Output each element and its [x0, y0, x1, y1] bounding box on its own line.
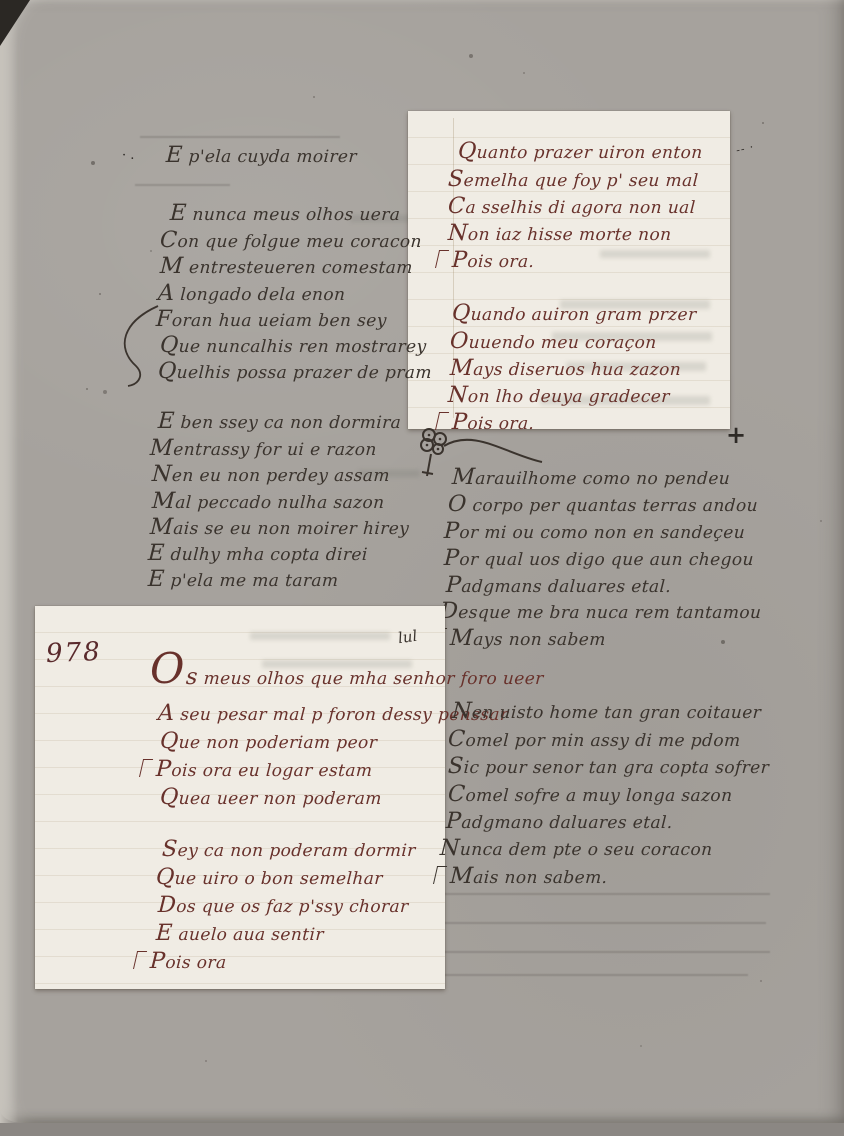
refrain-line: Pois ora eu logar estam — [155, 756, 373, 782]
verse-line: Mentrassy for ui e razon — [149, 435, 377, 461]
faint-rule — [135, 184, 230, 186]
verse-line: O corpo per quantas terras andou — [447, 491, 758, 517]
verse-line: Padgmans daluares etal. — [445, 572, 672, 598]
folio-number: 978 — [45, 637, 102, 669]
pen-swash-flourish — [112, 300, 162, 390]
decorated-initial: O — [150, 648, 184, 690]
verse-line: s meus olhos que mha senhor foro ueer — [185, 664, 544, 690]
verse-line: Foran hua ueiam ben sey — [155, 306, 387, 332]
verse-line: Con que folgue meu coracon — [159, 227, 422, 253]
verse-line: Mays non sabem — [449, 625, 606, 651]
verse-line: Non lho deuya gradecer — [447, 382, 670, 408]
verse-line: Marauilhome como no pendeu — [451, 464, 731, 490]
verse-line: Mais se eu non moirer hirey — [149, 514, 410, 540]
verse-line: Por mi ou como non en sandeçeu — [443, 518, 746, 544]
verse-line: Padgmano daluares etal. — [445, 808, 673, 834]
manuscript-photo: Quanto prazer uiron enton Semelha que fo… — [0, 0, 844, 1136]
refrain-line: E p'ela cuyda moirer — [165, 142, 357, 168]
margin-scribble: lul — [397, 627, 419, 648]
page-deckle-edge — [0, 0, 18, 1123]
verse-line: E p'ela me ma taram — [147, 566, 339, 592]
faint-rule — [430, 893, 770, 895]
verse-line: Nunca dem pte o seu coracon — [439, 835, 713, 861]
verse-line: Sey ca non poderam dormir — [161, 836, 416, 862]
verse-line: Desque me bra nuca rem tantamou — [439, 598, 762, 624]
verse-line: E auelo aua sentir — [155, 920, 324, 946]
verse-line: Quelhis possa prazer de pram — [157, 358, 432, 384]
verse-line: A longado dela enon — [157, 280, 346, 306]
verse-line: Comel sofre a muy longa sazon — [447, 781, 733, 807]
verse-line: Quanto prazer uiron enton — [457, 138, 703, 164]
verse-line: Que non poderiam peor — [159, 728, 378, 754]
refrain-dots-mark: · . — [122, 148, 134, 163]
verse-line: Dos que os faz p'ssy chorar — [157, 892, 409, 918]
verse-line: E dulhy mha copta direi — [147, 540, 368, 566]
verse-line: Semelha que foy p' seu mal — [447, 166, 699, 192]
verse-line: M entresteueren comestam — [159, 253, 413, 279]
verse-line: Nen uisto home tan gran coitauer — [451, 698, 762, 724]
bleedthrough-smudge — [600, 250, 710, 258]
faint-rule — [140, 136, 340, 138]
refrain-line: Pois ora. — [451, 247, 535, 273]
faint-rule — [430, 951, 770, 953]
verse-line: Nen eu non perdey assam — [151, 461, 390, 487]
verse-line: E ben ssey ca non dormira — [157, 408, 402, 434]
verse-line: Comel por min assy di me pdom — [447, 726, 741, 752]
bleedthrough-smudge — [250, 632, 390, 640]
verse-line: Que nuncalhis ren mostrarey — [159, 332, 427, 358]
verse-line: Sic pour senor tan gra copta sofrer — [447, 753, 770, 779]
verse-line: Mays diseruos hua zazon — [449, 355, 682, 381]
verse-line: Por qual uos digo que aun chegou — [443, 545, 754, 571]
foxing-specks — [0, 0, 2, 2]
verse-line: Non iaz hisse morte non — [447, 220, 672, 246]
faint-rule — [438, 974, 748, 976]
verse-line: Ca sselhis di agora non ual — [447, 193, 696, 219]
verse-line: Que uiro o bon semelhar — [155, 864, 383, 890]
verse-line: Mais non sabem. — [449, 863, 608, 889]
verse-line: Ouuendo meu coraçon — [449, 328, 657, 354]
verse-line: Quea ueer non poderam — [159, 784, 382, 810]
verse-line: Quando auiron gram przer — [451, 300, 697, 326]
verse-line: E nunca meus olhos uera — [169, 200, 401, 226]
cross-mark: + — [726, 420, 746, 449]
refrain-line: Pois ora — [149, 948, 227, 974]
verse-line: Mal peccado nulha sazon — [151, 488, 385, 514]
faint-rule — [436, 922, 766, 924]
